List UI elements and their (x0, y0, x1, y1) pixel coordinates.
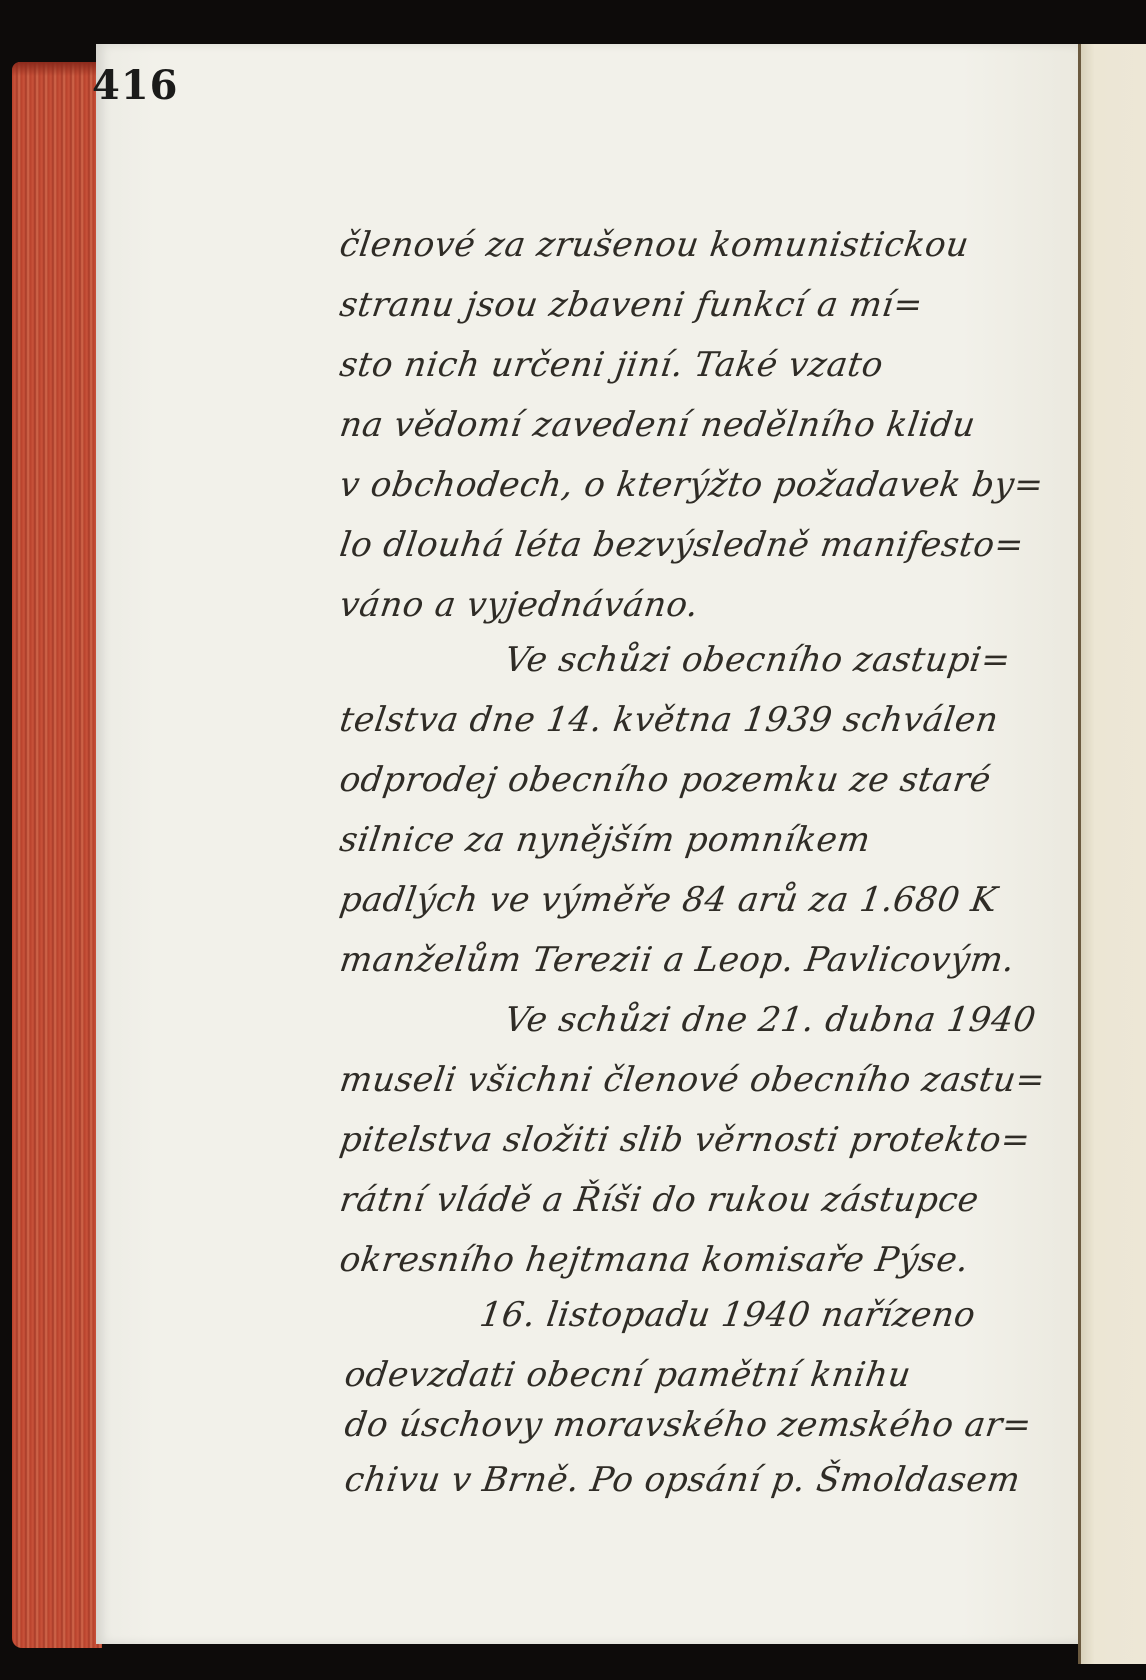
handwritten-line: do úschovy moravského zemského ar= (342, 1405, 1034, 1445)
handwritten-line: členové za zrušenou komunistickou (337, 225, 971, 265)
handwritten-line: váno a vyjednáváno. (337, 585, 701, 625)
handwritten-line: museli všichni členové obecního zastu= (337, 1060, 1048, 1100)
handwritten-line: Ve schůzi obecního zastupi= (502, 640, 1013, 680)
handwritten-line: odprodej obecního pozemku ze staré (337, 760, 993, 800)
scanned-book-spread: 416 členové za zrušenou komunistickoustr… (0, 0, 1146, 1680)
handwritten-line: Ve schůzi dne 21. dubna 1940 (502, 1000, 1038, 1040)
handwritten-line: silnice za nynějším pomníkem (337, 820, 873, 860)
handwritten-line: rátní vládě a Říši do rukou zástupce (337, 1180, 981, 1220)
handwritten-line: okresního hejtmana komisaře Pýse. (337, 1240, 971, 1280)
handwritten-line: stranu jsou zbaveni funkcí a mí= (337, 285, 925, 325)
handwritten-line: telstva dne 14. května 1939 schválen (337, 700, 1001, 740)
book-page-edges (12, 62, 102, 1648)
handwritten-line: odevzdati obecní pamětní knihu (342, 1355, 913, 1395)
page-number: 416 (92, 62, 179, 109)
handwritten-line: sto nich určeni jiní. Také vzato (337, 345, 886, 385)
handwritten-line: lo dlouhá léta bezvýsledně manifesto= (337, 525, 1026, 565)
right-page-edge (1078, 44, 1146, 1664)
handwritten-line: pitelstva složiti slib věrnosti protekto… (337, 1120, 1033, 1160)
handwritten-line: chivu v Brně. Po opsání p. Šmoldasem (342, 1460, 1023, 1500)
handwritten-line: manželům Terezii a Leop. Pavlicovým. (337, 940, 1017, 980)
handwritten-line: v obchodech, o kterýžto požadavek by= (337, 465, 1046, 505)
handwritten-line: padlých ve výměře 84 arů za 1.680 K (337, 880, 1000, 920)
handwritten-line: na vědomí zavedení nedělního klidu (337, 405, 978, 445)
handwritten-line: 16. listopadu 1940 nařízeno (477, 1295, 978, 1335)
